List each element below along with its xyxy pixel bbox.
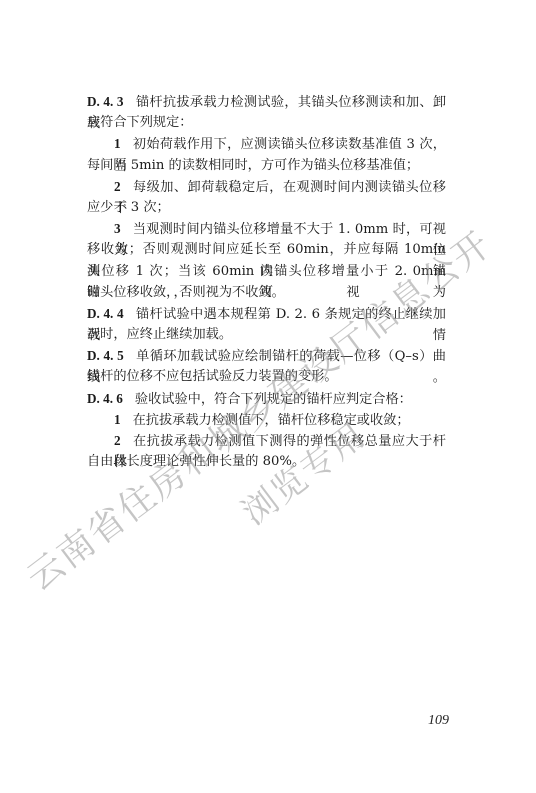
- item-2: 2在抗拔承载力检测值下测得的弹性位移总量应大于杆体: [87, 430, 446, 451]
- item-1: 1在抗拔承载力检测值下，锚杆位移稳定或收敛；: [87, 409, 446, 430]
- clause-number: D. 4. 5: [87, 348, 124, 363]
- item-1: 1初始荷载作用下，应测读锚头位移读数基准值 3 次，当: [87, 133, 446, 154]
- clause-d-4-5: D. 4. 5单循环加载试验应绘制锚杆的荷载—位移（Q–s）曲线。: [87, 345, 446, 366]
- clause-number: D. 4. 6: [87, 391, 123, 406]
- clause-d-4-6: D. 4. 6验收试验中，符合下列规定的锚杆应判定合格：: [87, 388, 446, 409]
- item-2: 2每级加、卸荷载稳定后，在观测时间内测读锚头位移不: [87, 176, 446, 197]
- clause-number: D. 4. 4: [87, 306, 124, 321]
- clause-d-4-3: D. 4. 3锚杆抗拔承载力检测试验，其锚头位移测读和加、卸载: [87, 91, 446, 112]
- item-3: 3当观测时间内锚头位移增量不大于 1. 0mm 时，可视为位: [87, 218, 446, 239]
- clause-d-4-4: D. 4. 4锚杆试验中遇本规程第 D. 2. 6 条规定的终止继续加载情: [87, 303, 446, 324]
- page-number: 109: [428, 713, 449, 729]
- document-page: D. 4. 3锚杆抗拔承载力检测试验，其锚头位移测读和加、卸载 应符合下列规定：…: [0, 0, 536, 793]
- clause-number: D. 4. 3: [87, 94, 124, 109]
- body-text: D. 4. 3锚杆抗拔承载力检测试验，其锚头位移测读和加、卸载 应符合下列规定：…: [87, 91, 446, 472]
